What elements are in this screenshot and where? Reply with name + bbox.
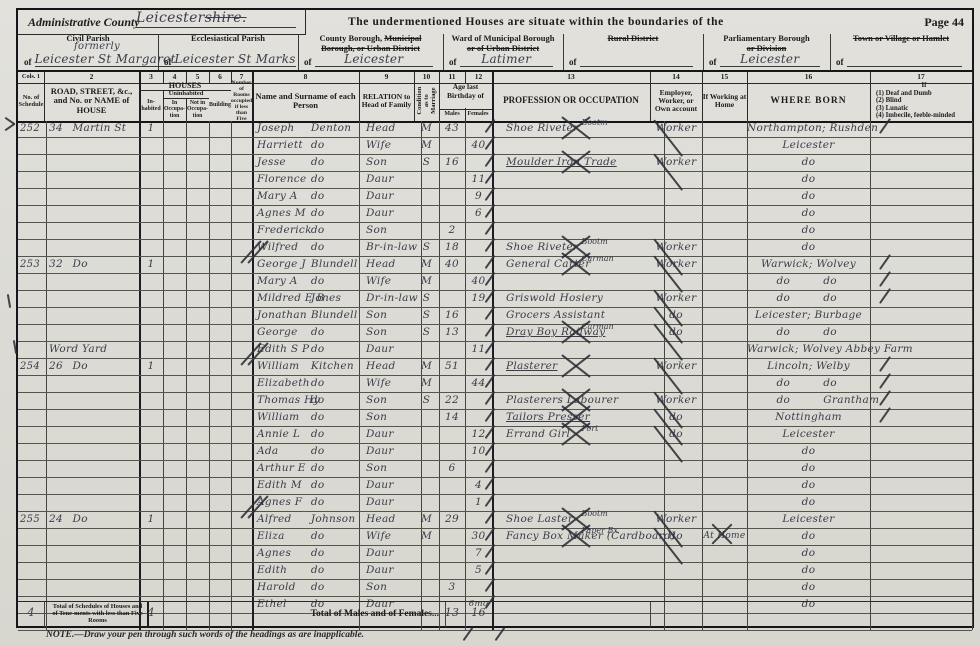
schedule-number: 255 [18, 512, 47, 528]
header-age-group: Age last Birthday of Males Females [439, 81, 494, 121]
text-part: Jonathan [257, 308, 307, 323]
administrative-county-box: Administrative County Leicestershire. [18, 10, 306, 35]
road-name [44, 461, 141, 477]
rooms-cell [231, 206, 254, 222]
text-part: do [311, 206, 325, 221]
rooms-cell [231, 393, 254, 409]
text-part: Harold [257, 580, 296, 595]
schedule-number [18, 546, 47, 562]
building-cell [209, 427, 232, 443]
building-cell [209, 325, 232, 341]
text-part: Annie L [257, 427, 300, 442]
person-name: Thomas Hydo [252, 393, 360, 409]
born-part: do [777, 393, 791, 408]
text-part: Frederick [257, 223, 312, 238]
road-name: Word Yard [44, 342, 141, 358]
of-label: of [709, 57, 717, 67]
uninhabited-in-occupation [163, 308, 187, 324]
uninhabited-not-in-occupation [186, 444, 210, 460]
road-name [44, 427, 141, 443]
where-born: do [747, 223, 871, 239]
uninhabited-not-in-occupation [186, 172, 210, 188]
working-at-home [702, 410, 748, 426]
uninhabited-in-occupation [163, 325, 187, 341]
text-part: Mary A [257, 274, 298, 289]
working-at-home [702, 308, 748, 324]
inhabited-mark [139, 138, 164, 154]
schedule-number [18, 563, 47, 579]
person-row: 25426Do1WilliamKitchenHeadM51PlastererWo… [18, 359, 972, 376]
marriage-condition [414, 410, 440, 426]
road-name [44, 325, 141, 341]
district-of-line: of [836, 57, 962, 67]
header-name: Name and Surname of each Person [252, 81, 360, 121]
occupation [492, 172, 665, 188]
working-at-home [702, 138, 748, 154]
relation-to-head: Daur [359, 444, 422, 460]
text-part: George J [257, 257, 306, 272]
working-at-home [702, 478, 748, 494]
occupation-annotation: Bootm [581, 506, 607, 521]
marriage-condition: S [414, 240, 440, 256]
building-cell [209, 359, 232, 375]
text-part: Johnson [311, 512, 356, 527]
inhabited-mark [139, 563, 164, 579]
road-name: 24Do [44, 512, 141, 528]
person-row: ElizabethdoWifeM44dodo [18, 376, 972, 393]
infirmity-cell [870, 138, 973, 154]
working-at-home [702, 257, 748, 273]
working-at-home [702, 223, 748, 239]
person-name: George JBlundell [252, 257, 360, 273]
where-born: Warwick; Wolvey [747, 257, 871, 273]
uninhabited-in-occupation [163, 274, 187, 290]
header-relation: RELATION to Head of Family [359, 81, 415, 121]
working-at-home [702, 206, 748, 222]
person-row: GeorgedoSonS13Dray Boy RailwayCarmandodo… [18, 325, 972, 342]
label-segment: Municipal [384, 33, 421, 43]
where-born: doGrantham [747, 393, 871, 409]
district-value: Leicester St Marks [175, 52, 296, 67]
inhabited-mark [139, 274, 164, 290]
where-born: do [747, 580, 871, 596]
working-at-home [702, 342, 748, 358]
where-born: do [747, 155, 871, 171]
marriage-condition: S [414, 155, 440, 171]
where-born: dodo [747, 291, 871, 307]
inhabited-mark [139, 240, 164, 256]
schedule-number [18, 172, 47, 188]
working-at-home [702, 563, 748, 579]
occupation [492, 563, 665, 579]
label-segment: County Borough, [319, 33, 384, 43]
uninhabited-not-in-occupation [186, 359, 210, 375]
inhabited-mark [139, 461, 164, 477]
header-females: Females [465, 108, 491, 121]
district-section-label: Ecclesiastical Parish [158, 34, 298, 44]
uninhabited-in-occupation [163, 359, 187, 375]
text-part: Edith M [257, 478, 302, 493]
uninhabited-in-occupation [163, 495, 187, 511]
road-name [44, 138, 141, 154]
marriage-condition [414, 563, 440, 579]
employer-status [650, 495, 703, 511]
header-infirmity-line: (1) Deaf and Dumb [876, 90, 932, 97]
uninhabited-in-occupation [163, 206, 187, 222]
marriage-condition: S [414, 393, 440, 409]
working-at-home [702, 393, 748, 409]
uninhabited-not-in-occupation [186, 155, 210, 171]
infirmity-cell [870, 495, 973, 511]
road-name [44, 206, 141, 222]
uninhabited-in-occupation [163, 393, 187, 409]
relation-to-head: Wife [359, 529, 422, 545]
text-part: Harriett [257, 138, 303, 153]
header-not-in-occupation: Not in Occupa-tion [186, 98, 209, 121]
header-infirmity-line: (2) Blind [876, 97, 902, 104]
building-cell [209, 121, 232, 137]
text-part: George [257, 325, 298, 340]
marriage-condition: S [414, 325, 440, 341]
road-name [44, 495, 141, 511]
person-row: AgnesdoDaur7do [18, 546, 972, 563]
age-male: 16 [439, 308, 466, 324]
totals-empty-cell [650, 602, 703, 627]
relation-to-head: Son [359, 325, 422, 341]
infirmity-cell [870, 427, 973, 443]
rooms-cell [231, 580, 254, 596]
text-part: do [311, 495, 325, 510]
age-male: 2 [439, 223, 466, 239]
text-part: do [311, 325, 325, 340]
person-name: WilliamKitchen [252, 359, 360, 375]
infirmity-cell [870, 563, 973, 579]
text-part: Arthur E [257, 461, 306, 476]
district-value: Leicester [315, 52, 434, 67]
age-male [439, 172, 466, 188]
district-section-label: Rural District [563, 34, 703, 44]
text-part: Florence [257, 172, 306, 187]
age-male [439, 529, 466, 545]
where-born: do [747, 478, 871, 494]
admin-county-value: Leicestershire. [136, 10, 296, 28]
totals-empty-cell [747, 602, 871, 627]
road-name [44, 580, 141, 596]
rooms-cell [231, 427, 254, 443]
person-name: Elizabethdo [252, 376, 360, 392]
marriage-condition [414, 342, 440, 358]
age-male [439, 427, 466, 443]
person-name: Agnesdo [252, 546, 360, 562]
rooms-cell [231, 121, 254, 137]
label-segment: Parliamentary Borough [723, 33, 810, 43]
person-row: ElizadoWifeM30Fancy Box Maker (Cardboard… [18, 529, 972, 546]
text-part: do [311, 580, 325, 595]
district-of-line: ofLatimer [449, 52, 553, 67]
person-name: Edithdo [252, 563, 360, 579]
person-row: 25332Do1George JBlundellHeadM40General C… [18, 257, 972, 274]
working-at-home [702, 291, 748, 307]
text-part: Do [73, 359, 88, 374]
schedule-number [18, 325, 47, 341]
road-name [44, 410, 141, 426]
age-male: 16 [439, 155, 466, 171]
where-born: Leicester [747, 512, 871, 528]
marriage-condition: M [414, 121, 440, 137]
employer-status [650, 461, 703, 477]
person-name: Florencedo [252, 172, 360, 188]
schedule-number [18, 342, 47, 358]
relation-to-head: Daur [359, 172, 422, 188]
inhabited-mark [139, 444, 164, 460]
road-name [44, 308, 141, 324]
where-born: dodo [747, 325, 871, 341]
rooms-cell [231, 189, 254, 205]
text-part: do [311, 223, 325, 238]
text-part: Do [73, 512, 88, 527]
person-row: Thomas HydoSonS22Plasterers LabourerWork… [18, 393, 972, 410]
rooms-cell [231, 478, 254, 494]
working-at-home [702, 121, 748, 137]
totals-males-value: 13 [439, 602, 466, 627]
age-male [439, 478, 466, 494]
totals-empty-cell [186, 602, 210, 627]
building-cell [209, 393, 232, 409]
uninhabited-in-occupation [163, 189, 187, 205]
marriage-condition: M [414, 376, 440, 392]
page-number: Page 44 [924, 15, 964, 30]
road-name: 32Do [44, 257, 141, 273]
age-male: 29 [439, 512, 466, 528]
relation-to-head: Head [359, 121, 422, 137]
where-born: Warwick; Wolvey Abbey Farm [747, 342, 871, 358]
infirmity-cell [870, 342, 973, 358]
relation-to-head: Br-in-law [359, 240, 422, 256]
marriage-condition [414, 189, 440, 205]
text-part: do [311, 410, 325, 425]
footer-note: NOTE.—Draw your pen through such words o… [46, 630, 364, 640]
person-name: Williamdo [252, 410, 360, 426]
schedule-number [18, 274, 47, 290]
building-cell [209, 138, 232, 154]
marriage-condition [414, 495, 440, 511]
schedule-number [18, 495, 47, 511]
building-cell [209, 410, 232, 426]
table-body: 25234Martin St1JosephDentonHeadM43Shoe R… [18, 121, 972, 601]
infirmity-cell [870, 206, 973, 222]
relation-to-head: Wife [359, 376, 422, 392]
road-name [44, 393, 141, 409]
occupation: Grocers Assistant [492, 308, 665, 324]
uninhabited-in-occupation [163, 223, 187, 239]
relation-to-head: Head [359, 257, 422, 273]
totals-schedule-count: 4 [18, 602, 45, 627]
header-houses-group: HOUSES In-habited Uninhabited In Occupa-… [139, 81, 231, 121]
header-where-born: WHERE BORN [747, 81, 871, 121]
schedule-number [18, 155, 47, 171]
marriage-condition [414, 580, 440, 596]
district-value-annotation: formerly [74, 41, 120, 52]
working-at-home [702, 189, 748, 205]
uninhabited-not-in-occupation [186, 410, 210, 426]
inhabited-mark [139, 223, 164, 239]
relation-to-head: Head [359, 512, 422, 528]
age-male [439, 274, 466, 290]
where-born: do [747, 495, 871, 511]
employer-status [650, 189, 703, 205]
infirmity-cell [870, 546, 973, 562]
label-segment: Rural District [608, 33, 659, 43]
relation-to-head: Wife [359, 138, 422, 154]
header-profession: PROFESSION OR OCCUPATION [492, 81, 651, 121]
occupation [492, 478, 665, 494]
relation-to-head: Son [359, 155, 422, 171]
schedule-number [18, 580, 47, 596]
rooms-cell [231, 325, 254, 341]
building-cell [209, 189, 232, 205]
inhabited-mark [139, 308, 164, 324]
text-part: Blundell [311, 257, 358, 272]
header-rooms: Number of Rooms occupied if less than Fi… [231, 81, 254, 121]
where-born: Nottingham [747, 410, 871, 426]
infirmity-cell [870, 308, 973, 324]
building-cell [209, 172, 232, 188]
age-male [439, 495, 466, 511]
marriage-condition: M [414, 529, 440, 545]
uninhabited-not-in-occupation [186, 512, 210, 528]
born-part: do [777, 274, 791, 289]
of-label: of [164, 57, 172, 67]
rooms-cell [231, 529, 254, 545]
uninhabited-not-in-occupation [186, 206, 210, 222]
person-name: Harolddo [252, 580, 360, 596]
person-row: Arthur EdoSon6do [18, 461, 972, 478]
person-name: Harriettdo [252, 138, 360, 154]
uninhabited-in-occupation [163, 444, 187, 460]
rooms-cell [231, 546, 254, 562]
person-name: Edith Mdo [252, 478, 360, 494]
header-inhabited: In-habited [139, 90, 164, 121]
district-value [847, 66, 963, 67]
road-name [44, 444, 141, 460]
text-part: do [311, 444, 325, 459]
working-at-home [702, 444, 748, 460]
text-part: Alfred [257, 512, 292, 527]
district-value: Latimer [460, 52, 554, 67]
marriage-condition [414, 206, 440, 222]
text-part: do [311, 138, 325, 153]
inhabited-mark [139, 393, 164, 409]
road-name: 26Do [44, 359, 141, 375]
person-row: Mildred E BJonesDr-in-lawS19Griswold Hos… [18, 291, 972, 308]
employer-status [650, 478, 703, 494]
rooms-cell [231, 155, 254, 171]
working-at-home [702, 359, 748, 375]
inhabited-mark: 1 [139, 359, 164, 375]
text-part: do [311, 342, 325, 357]
person-name: Annie Ldo [252, 427, 360, 443]
inhabited-mark [139, 291, 164, 307]
schedule-number [18, 461, 47, 477]
schedule-number [18, 189, 47, 205]
district-of-line: ofLeicester [709, 52, 820, 67]
working-at-home [702, 461, 748, 477]
age-male: 3 [439, 580, 466, 596]
age-male [439, 206, 466, 222]
uninhabited-in-occupation [163, 172, 187, 188]
age-male: 51 [439, 359, 466, 375]
text-part: Word Yard [49, 342, 107, 357]
text-part: Eliza [257, 529, 285, 544]
inhabited-mark [139, 376, 164, 392]
schedule-number [18, 393, 47, 409]
uninhabited-in-occupation [163, 138, 187, 154]
where-born: Leicester [747, 138, 871, 154]
district-section: Ecclesiastical ParishofLeicester St Mark… [158, 34, 299, 70]
totals-empty-cell [492, 602, 651, 627]
page-heading: The undermentioned Houses are situate wi… [348, 16, 724, 28]
text-part: William [257, 410, 299, 425]
infirmity-cell [870, 155, 973, 171]
census-page: Administrative County Leicestershire. Th… [0, 0, 980, 646]
uninhabited-in-occupation [163, 121, 187, 137]
schedule-number: 254 [18, 359, 47, 375]
text-part: do [311, 155, 325, 170]
text-part: Agnes [257, 546, 291, 561]
relation-to-head: Dr-in-law [359, 291, 422, 307]
occupation: Griswold Hosiery [492, 291, 665, 307]
age-male: 13 [439, 325, 466, 341]
text-part: do [311, 427, 325, 442]
marriage-condition [414, 444, 440, 460]
uninhabited-in-occupation [163, 478, 187, 494]
uninhabited-in-occupation [163, 512, 187, 528]
occupation [492, 444, 665, 460]
marriage-condition [414, 461, 440, 477]
totals-empty-cell [163, 602, 187, 627]
uninhabited-not-in-occupation [186, 495, 210, 511]
person-row: JessedoSonS16Moulder Iron TradeWorkerdo [18, 155, 972, 172]
district-section: County Borough, MunicipalBorough, or Urb… [298, 34, 444, 70]
inhabited-mark [139, 580, 164, 596]
margin-pen-mark [7, 294, 11, 308]
schedule-number: 252 [18, 121, 47, 137]
schedule-number: 253 [18, 257, 47, 273]
totals-females-value: 16 [465, 602, 494, 627]
text-part: do [311, 461, 325, 476]
building-cell [209, 206, 232, 222]
infirmity-cell [870, 189, 973, 205]
district-section: Town or Village or Hamletof [830, 34, 972, 70]
marriage-condition [414, 172, 440, 188]
text-part: 34 [49, 121, 63, 136]
where-born: do [747, 444, 871, 460]
person-name: Jessedo [252, 155, 360, 171]
working-at-home [702, 546, 748, 562]
infirmity-cell [870, 461, 973, 477]
header-age: Age last Birthday of [439, 81, 492, 110]
totals-houses-count: 4 [139, 602, 164, 627]
working-at-home [702, 495, 748, 511]
person-row: EdithdoDaur5do [18, 563, 972, 580]
schedule-number [18, 240, 47, 256]
district-sections: Civil ParishofLeicester St Margaretforme… [18, 34, 972, 70]
uninhabited-in-occupation [163, 376, 187, 392]
inhabited-mark: 1 [139, 512, 164, 528]
age-male [439, 138, 466, 154]
column-headers: No. of Schedule ROAD, STREET, &c., and N… [18, 81, 972, 123]
rooms-cell [231, 223, 254, 239]
